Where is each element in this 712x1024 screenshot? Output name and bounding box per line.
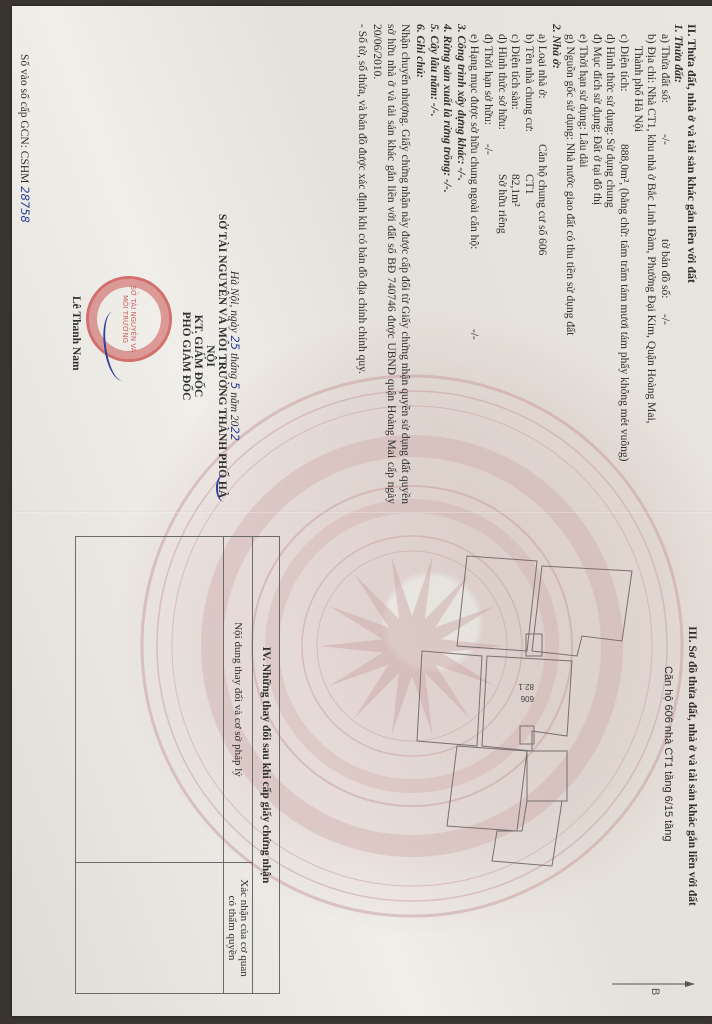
section-3-subtitle: Căn hộ 606 nhà CT1 tầng 6/15 tầng (662, 666, 674, 842)
map-sheet-label: tờ bản đồ số: (657, 239, 671, 298)
issuing-org: SỞ TÀI NGUYÊN VÀ MÔI TRƯỜNG THÀNH PHỐ HÀ… (204, 206, 228, 506)
building-label: b) Tên nhà chung cư: (523, 34, 535, 132)
term-label: e) Thời hạn sử dụng: (577, 34, 589, 130)
notes-heading: 6. Ghi chú: (413, 24, 427, 504)
shared-value: -/- (467, 329, 481, 340)
notes-body: Nhận chuyển nhượng. Giấy chứng nhận này … (370, 24, 411, 504)
land-heading: 1. Thửa đất: (671, 24, 685, 504)
own-term-row: đ) Thời hạn sở hữu: -/- (481, 24, 495, 504)
area-label: c) Diện tích: (618, 34, 630, 91)
own-term-value: -/- (481, 144, 495, 155)
notes-body-2: - Số tờ, số thửa, và bản đồ được xác địn… (354, 24, 368, 504)
perennial: 5. Cây lâu năm: -/-. (426, 24, 440, 504)
origin-label: g) Nguồn gốc sử dụng: (564, 34, 576, 140)
use-form-row: d) Hình thức sử dụng: Sử dụng chung (603, 24, 617, 504)
address-label: b) Địa chỉ: (645, 34, 657, 83)
origin-row: g) Nguồn gốc sử dụng: Nhà nước giao đất … (562, 24, 576, 504)
initial-stroke (216, 474, 232, 502)
year-prefix: năm 20 (228, 392, 240, 426)
col-change-content: Nội dung thay đổi và cơ sở pháp lý (224, 537, 253, 863)
floor-area-row: c) Diện tích sàn: 82,1m² (508, 24, 522, 504)
date-day: 25 (228, 335, 242, 350)
date-month: 5 (228, 382, 242, 389)
date-year: 22 (228, 426, 242, 441)
month-prefix: tháng (228, 353, 240, 379)
signature-block: Hà Nội, ngày 25 tháng 5 năm 2022 SỞ TÀI … (180, 206, 242, 506)
floor-area-label: c) Diện tích sàn: (509, 34, 521, 110)
fold-line (12, 511, 712, 513)
ownership-value: Sở hữu riêng (494, 174, 508, 234)
floor-plan-diagram: 606 82.1 (412, 546, 652, 876)
address-value-2: Thành phố Hà Nội (630, 24, 644, 504)
floor-area-value: 82,1m² (508, 174, 522, 207)
house-type-value: Căn hộ chung cư số 606 (535, 144, 549, 255)
changes-table: IV. Những thay đổi sau khi cấp giấy chứn… (75, 536, 280, 994)
address-row: b) Địa chỉ: Nhà CT1, khu nhà ở Bắc Linh … (644, 24, 658, 504)
parcel-row: a) Thửa đất số: -/- tờ bản đồ số: -/- (657, 24, 671, 504)
area-row: c) Diện tích: 888,0m², (bằng chữ: tám tr… (616, 24, 630, 504)
section-diagram: III. Sơ đồ thửa đất, nhà ở và tài sản kh… (686, 526, 698, 1006)
term-value: Lâu dài (577, 133, 589, 168)
registry-value: 28758 (18, 186, 32, 223)
section-3-title: III. Sơ đồ thửa đất, nhà ở và tài sản kh… (686, 526, 698, 1006)
section-land-and-house: II. Thửa đất, nhà ở và tài sản khác gắn … (354, 24, 698, 504)
north-arrow-icon: B (607, 964, 697, 1004)
shared-label: e) Hạng mục được sở hữu chung ngoài căn … (469, 34, 481, 249)
on-behalf: KT. GIÁM ĐỐC (192, 206, 204, 506)
other-works: 3. Công trình xây dựng khác: -/-. (453, 24, 467, 504)
house-type-row: a) Loại nhà ở: Căn hộ chung cư số 606 (535, 24, 549, 504)
house-heading: 2. Nhà ở: (548, 24, 562, 504)
ownership-label: d) Hình thức sở hữu: (496, 34, 508, 130)
map-sheet-value: -/- (657, 314, 671, 325)
section-4-title: IV. Những thay đổi sau khi cấp giấy chứn… (253, 537, 280, 994)
parcel-label: a) Thửa đất số: (659, 34, 671, 103)
use-form-value: Sử dụng chung (604, 138, 616, 207)
col2-line1: Xác nhận của cơ quan (238, 863, 250, 993)
forest: 4. Rừng sản xuất là rừng trồng: -/-. (440, 24, 454, 504)
house-type-label: a) Loại nhà ở: (536, 34, 548, 99)
purpose-value: Đất ở tại đô thị (591, 136, 603, 205)
change-content-cell (76, 537, 224, 863)
section-2-title: II. Thửa đất, nhà ở và tài sản khác gắn … (684, 24, 698, 504)
col-authority-confirm: Xác nhận của cơ quan có thẩm quyền (224, 863, 253, 994)
address-value: Nhà CT1, khu nhà ở Bắc Linh Đàm, Phường … (645, 86, 657, 423)
purpose-label: đ) Mục đích sử dụng: (591, 34, 603, 133)
col2-line2: có thẩm quyền (226, 863, 238, 993)
parcel-value: -/- (657, 134, 671, 145)
shared-row: e) Hạng mục được sở hữu chung ngoài căn … (467, 24, 481, 504)
registry-number: Số vào sổ cấp GCN: CSHM 28758 (18, 54, 32, 223)
signer-name: Lê Thanh Nam (70, 296, 82, 371)
date-prefix: Hà Nội, ngày (228, 271, 240, 333)
own-term-label: đ) Thời hạn sở hữu: (482, 34, 494, 125)
svg-text:B: B (649, 988, 661, 995)
svg-text:82.1: 82.1 (518, 682, 534, 691)
issue-date: Hà Nội, ngày 25 tháng 5 năm 2022 (228, 206, 242, 506)
certificate-page: II. Thửa đất, nhà ở và tài sản khác gắn … (12, 6, 712, 1016)
svg-text:606: 606 (520, 694, 534, 703)
origin-value: Nhà nước giao đất có thu tiền sử dụng đấ… (564, 143, 576, 336)
area-value: 888,0m², (bằng chữ: tám trăm tám mươi tá… (616, 144, 630, 461)
building-value: CT1 (521, 174, 535, 194)
authority-confirm-cell (76, 863, 224, 994)
registry-label: Số vào sổ cấp GCN: CSHM (18, 54, 30, 183)
building-row: b) Tên nhà chung cư: CT1 (521, 24, 535, 504)
ownership-row: d) Hình thức sở hữu: Sở hữu riêng (494, 24, 508, 504)
use-form-label: d) Hình thức sử dụng: (604, 34, 616, 135)
term-row: e) Thời hạn sử dụng: Lâu dài (576, 24, 590, 504)
purpose-row: đ) Mục đích sử dụng: Đất ở tại đô thị (589, 24, 603, 504)
position: PHÓ GIÁM ĐỐC (180, 206, 192, 506)
